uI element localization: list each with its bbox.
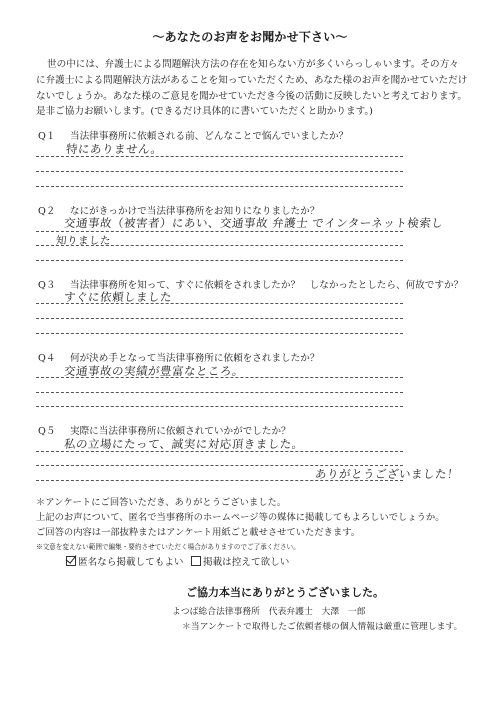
closing-signature: よつば総合法律事務所 代表弁護士 大澤 一郎 — [172, 604, 366, 617]
q2-answer-line1: 交通事故（被害者）にあい、交通事故 弁護士 でインターネット検索し — [63, 215, 444, 231]
q5-answer-rule — [36, 451, 403, 452]
q2-answer-rule — [36, 231, 403, 232]
intro-paragraph: 世の中には、弁護士による問題解決方法の存在を知らない方が多くいらっしゃいます。そ… — [36, 57, 468, 120]
q4-answer-rule — [36, 406, 403, 407]
footer-thanks-note: ＊アンケートにご回答いただき、ありがとうございました。 — [36, 494, 286, 508]
checkbox-checked-icon[interactable] — [66, 556, 76, 566]
q1-answer-rule — [36, 156, 403, 157]
q1-answer-line1: 特にありません。 — [65, 141, 163, 157]
q4-number: Q４ — [38, 350, 55, 364]
checkbox-unchecked-icon[interactable] — [191, 556, 201, 566]
q1-answer-rule — [36, 171, 403, 172]
q3-answer-rule — [36, 333, 403, 334]
q4-text: 何が決め手となって当法律事務所に依頼をされましたか？ — [70, 350, 319, 364]
q5-answer-line1: 私の立場にたって、誠実に対応頂きました。 — [63, 436, 304, 452]
option-anonymous-ok-label: 匿名なら掲載してもよい — [78, 557, 184, 568]
footer-publish-question: 上記のお声について、匿名で当事務所のホームページ等の媒体に掲載してもよろしいでし… — [36, 509, 445, 523]
q3-number: Q３ — [38, 277, 55, 291]
q4-answer-rule — [36, 377, 403, 378]
option-decline-publish[interactable]: 掲載は控えて欲しい — [191, 554, 289, 568]
q5-answer-line2: ありがとうございました！ — [314, 466, 460, 482]
closing-thanks: ご協力本当にありがとうございました。 — [186, 584, 384, 600]
q1-text: 当法律事務所に依頼される前、どんなことで悩んでいましたか？ — [70, 128, 348, 142]
page-title: ～あなたのお声をお聞かせ下さい～ — [0, 28, 500, 45]
intro-text: 世の中には、弁護士による問題解決方法の存在を知らない方が多くいらっしゃいます。そ… — [36, 57, 468, 120]
q1-number: Q１ — [38, 128, 55, 142]
q1-answer-rule — [36, 186, 403, 187]
q2-answer-rule — [36, 260, 403, 261]
q3-answer-rule — [36, 303, 403, 304]
footer-edit-note: ※文意を変えない範囲で編集・要約させていただく場合がありますのでご了承ください。 — [36, 541, 300, 551]
q3-answer-rule — [36, 318, 403, 319]
option-decline-publish-label: 掲載は控えて欲しい — [203, 557, 289, 568]
q2-number: Q２ — [38, 203, 55, 217]
q4-answer-rule — [36, 392, 403, 393]
footer-publish-detail: ご回答の内容は一部抜粋またはアンケート用紙ごと載せさせていただきます。 — [36, 524, 360, 538]
q5-text: 実際に当法律事務所に依頼されていかがでしたか？ — [70, 423, 291, 437]
privacy-note: ＊当アンケートで取得したご依頼者様の個人情報は厳重に管理します。 — [182, 619, 462, 632]
q5-number: Q５ — [38, 423, 55, 437]
q2-answer-rule — [36, 245, 403, 246]
option-anonymous-ok[interactable]: 匿名なら掲載してもよい — [66, 554, 184, 568]
